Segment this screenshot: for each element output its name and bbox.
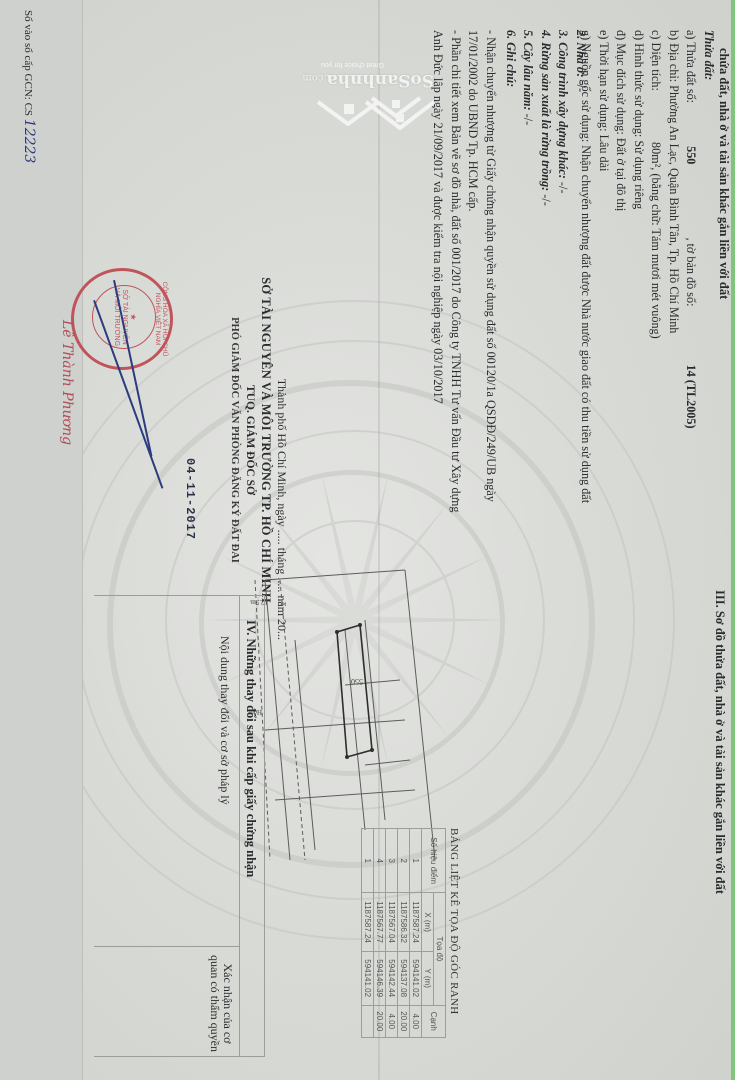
- note-1: - Nhận chuyển nhượng từ Giấy chứng nhận …: [464, 30, 499, 530]
- section-4-table: Nội dung thay đổi và cơ sở pháp lý Xác n…: [94, 595, 265, 1057]
- changes-column-header: Nội dung thay đổi và cơ sở pháp lý: [217, 636, 232, 805]
- term-row: e) Thời hạn sử dụng: Lâu dài: [595, 30, 613, 530]
- parcel-number: 550: [685, 146, 699, 164]
- margin-strip: [0, 0, 83, 1080]
- section-perennial: 5. Cây lâu năm: -/-: [519, 30, 537, 550]
- purpose: Đất ở tại đô thị: [615, 138, 629, 211]
- sosanhnha-watermark: SoSanhnha.com Great choice for you: [310, 32, 440, 142]
- address: Phường An Lạc, Quận Bình Tân, Tp. Hồ Chí…: [667, 85, 681, 333]
- purpose-row: đ) Mục đích sử dụng: Đất ở tại đô thị: [612, 30, 630, 530]
- section-other-construction: 3. Công trình xây dựng khác: -/-: [554, 30, 572, 550]
- parcel-heading: Thửa đất:: [700, 30, 718, 530]
- coord-row: 11187587.24594141.024.00: [410, 829, 422, 1038]
- registry-number: Số vào sổ cấp GCN: CS 12223: [21, 10, 37, 163]
- use-form: Sử dụng riêng: [632, 140, 646, 209]
- section-notes: 6. Ghi chú:: [502, 30, 520, 550]
- term: Lâu dài: [597, 135, 611, 172]
- coord-row: 11187587.24594141.02: [362, 829, 374, 1038]
- signer-name: Lê Thành Phương: [59, 320, 75, 445]
- coord-row: 21187586.32594137.0820.00: [398, 829, 410, 1038]
- area-row: c) Diện tích: 80m², (bằng chữ: Tám mươi …: [647, 30, 665, 530]
- confirmation-column-header: Xác nhận của cơ quan có thẩm quyền: [208, 951, 234, 1056]
- continuation-header: chứa đất, nhà ở và tài sản khác gắn liền…: [715, 48, 733, 299]
- coord-row: 31187567.04594142.444.00: [386, 829, 398, 1038]
- area: 80m², (bằng chữ: Tám mươi mét vuông): [650, 142, 664, 339]
- section-house: 2. Nhà ở: -/-: [572, 30, 590, 550]
- address-row: b) Địa chỉ: Phường An Lạc, Quận Bình Tân…: [665, 30, 683, 530]
- coord-table-title: BẢNG LIỆT KÊ TỌA ĐỘ GÓC RANH: [448, 828, 460, 1048]
- section-forest: 4. Rừng sản xuất là rừng trồng: -/-: [537, 30, 555, 550]
- handwritten-date: 04-11-2017: [183, 458, 197, 540]
- section-4-title: IV. Những thay đổi sau khi cấp giấy chứn…: [243, 620, 258, 877]
- land-certificate-sheet: chứa đất, nhà ở và tài sản khác gắn liền…: [0, 0, 735, 1080]
- coord-row: 41187567.77594146.3920.00: [374, 829, 386, 1038]
- parcel-info: Thửa đất: a) Thửa đất số: 550 , tờ bản đ…: [577, 30, 717, 530]
- parcel-label: 550: [351, 677, 363, 686]
- other-sections: 2. Nhà ở: -/- 3. Công trình xây dựng khá…: [502, 30, 590, 550]
- parcel-550-outline: [337, 625, 372, 757]
- house-logo-icon: [310, 82, 440, 142]
- corner-coordinates-table: BẢNG LIỆT KÊ TỌA ĐỘ GÓC RANH Số hiệu điể…: [361, 828, 460, 1048]
- parcel-number-row: a) Thửa đất số: 550 , tờ bản đồ số: 14 (…: [682, 30, 700, 530]
- map-sheet-number: 14 (TL2005): [685, 365, 699, 429]
- section-3-title: III. Sơ đồ thửa đất, nhà ở và tài sản kh…: [712, 590, 727, 894]
- use-form-row: d) Hình thức sử dụng: Sử dụng riêng: [630, 30, 648, 530]
